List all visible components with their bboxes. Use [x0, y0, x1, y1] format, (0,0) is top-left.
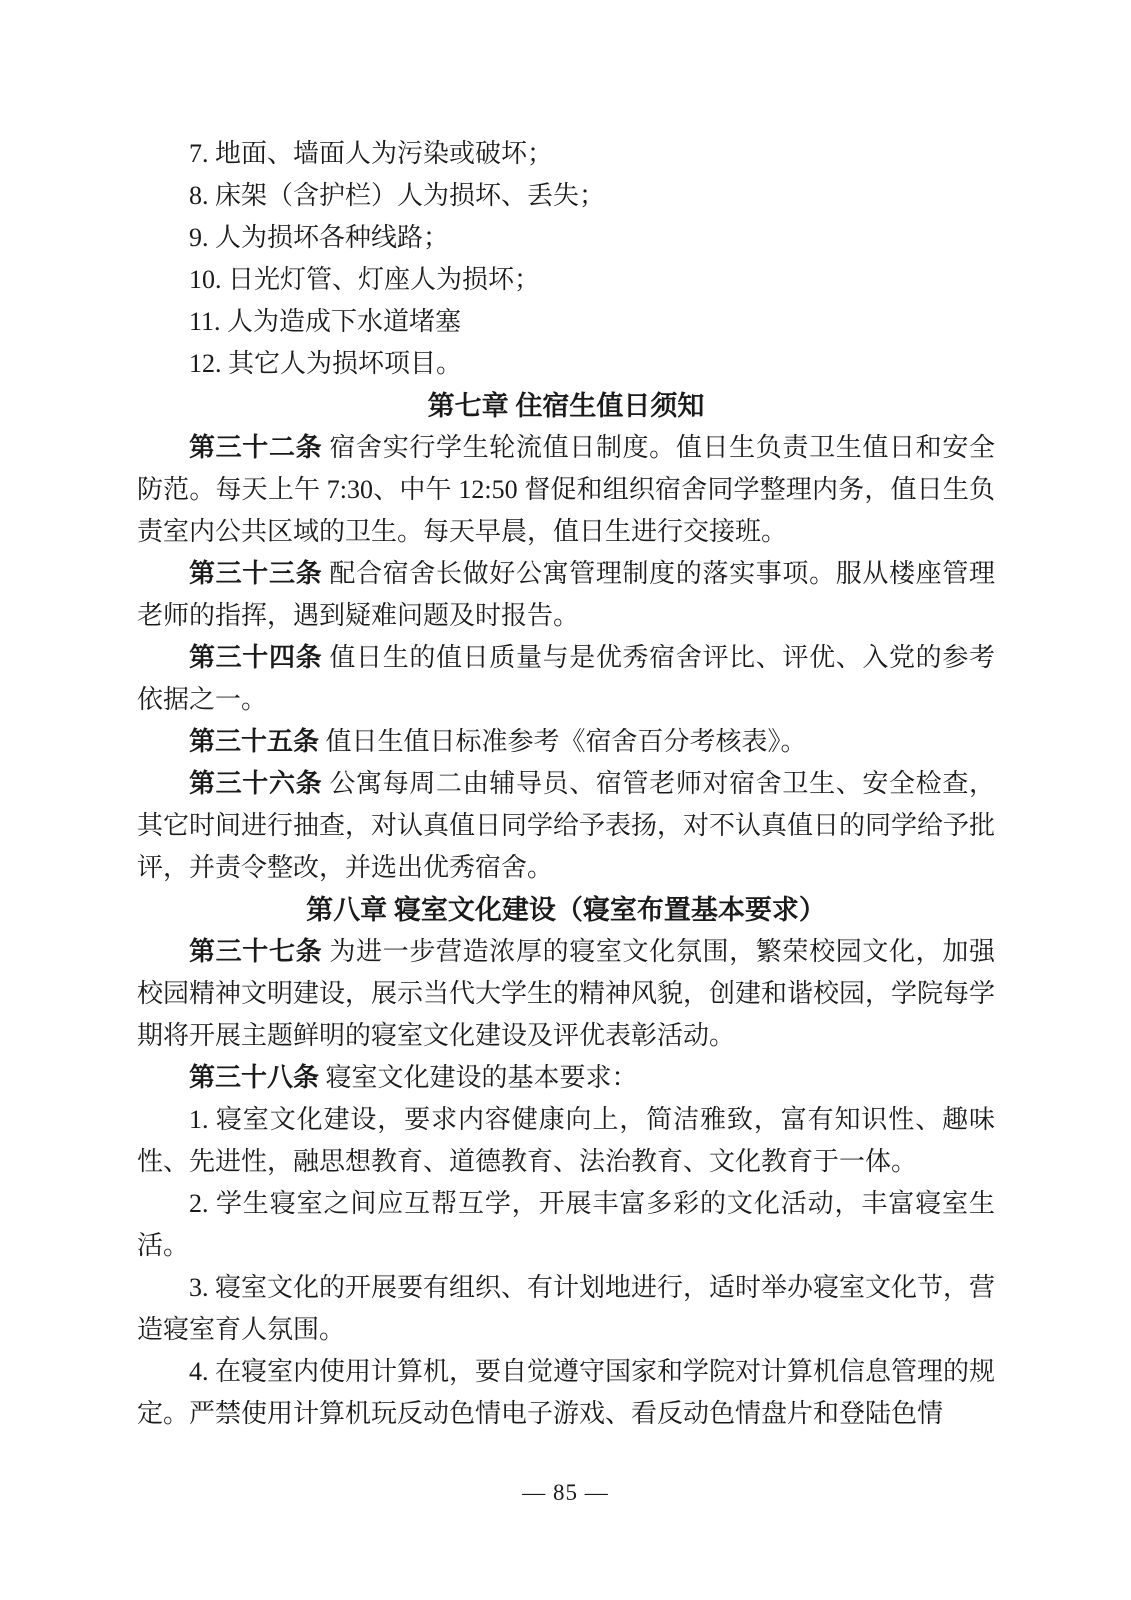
article-number: 第三十四条: [189, 643, 322, 672]
article-number: 第三十二条: [189, 433, 322, 462]
chapter-heading: 第八章 寝室文化建设（寝室布置基本要求）: [137, 889, 995, 931]
list-item: 12. 其它人为损坏项目。: [137, 343, 995, 385]
article-paragraph: 第三十三条 配合宿舍长做好公寓管理制度的落实事项。服从楼座管理老师的指挥，遇到疑…: [137, 553, 995, 637]
article-number: 第三十八条: [189, 1063, 319, 1092]
list-item: 4. 在寝室内使用计算机，要自觉遵守国家和学院对计算机信息管理的规定。严禁使用计…: [137, 1351, 995, 1435]
article-paragraph: 第三十四条 值日生的值日质量与是优秀宿舍评比、评优、入党的参考依据之一。: [137, 637, 995, 721]
list-item: 2. 学生寝室之间应互帮互学，开展丰富多彩的文化活动，丰富寝室生活。: [137, 1183, 995, 1267]
article-number: 第三十六条: [189, 769, 322, 798]
article-paragraph: 第三十二条 宿舍实行学生轮流值日制度。值日生负责卫生值日和安全防范。每天上午 7…: [137, 427, 995, 553]
list-item: 8. 床架（含护栏）人为损坏、丢失；: [137, 175, 995, 217]
list-item: 11. 人为造成下水道堵塞: [137, 301, 995, 343]
list-item: 9. 人为损坏各种线路；: [137, 217, 995, 259]
article-paragraph: 第三十八条 寝室文化建设的基本要求：: [137, 1057, 995, 1099]
article-paragraph: 第三十五条 值日生值日标准参考《宿舍百分考核表》。: [137, 721, 995, 763]
list-item: 1. 寝室文化建设，要求内容健康向上，简洁雅致，富有知识性、趣味性、先进性，融思…: [137, 1099, 995, 1183]
document-page: 7. 地面、墙面人为污染或破坏；8. 床架（含护栏）人为损坏、丢失；9. 人为损…: [0, 0, 1131, 1600]
article-number: 第三十五条: [189, 727, 319, 756]
document-body: 7. 地面、墙面人为污染或破坏；8. 床架（含护栏）人为损坏、丢失；9. 人为损…: [137, 133, 995, 1435]
list-item: 3. 寝室文化的开展要有组织、有计划地进行，适时举办寝室文化节，营造寝室育人氛围…: [137, 1267, 995, 1351]
chapter-heading: 第七章 住宿生值日须知: [137, 385, 995, 427]
article-paragraph: 第三十六条 公寓每周二由辅导员、宿管老师对宿舍卫生、安全检查，其它时间进行抽查，…: [137, 763, 995, 889]
article-number: 第三十七条: [189, 937, 322, 966]
article-paragraph: 第三十七条 为进一步营造浓厚的寝室文化氛围，繁荣校园文化，加强校园精神文明建设，…: [137, 931, 995, 1057]
list-item: 10. 日光灯管、灯座人为损坏；: [137, 259, 995, 301]
article-number: 第三十三条: [189, 559, 322, 588]
page-number: — 85 —: [0, 1480, 1131, 1506]
list-item: 7. 地面、墙面人为污染或破坏；: [137, 133, 995, 175]
